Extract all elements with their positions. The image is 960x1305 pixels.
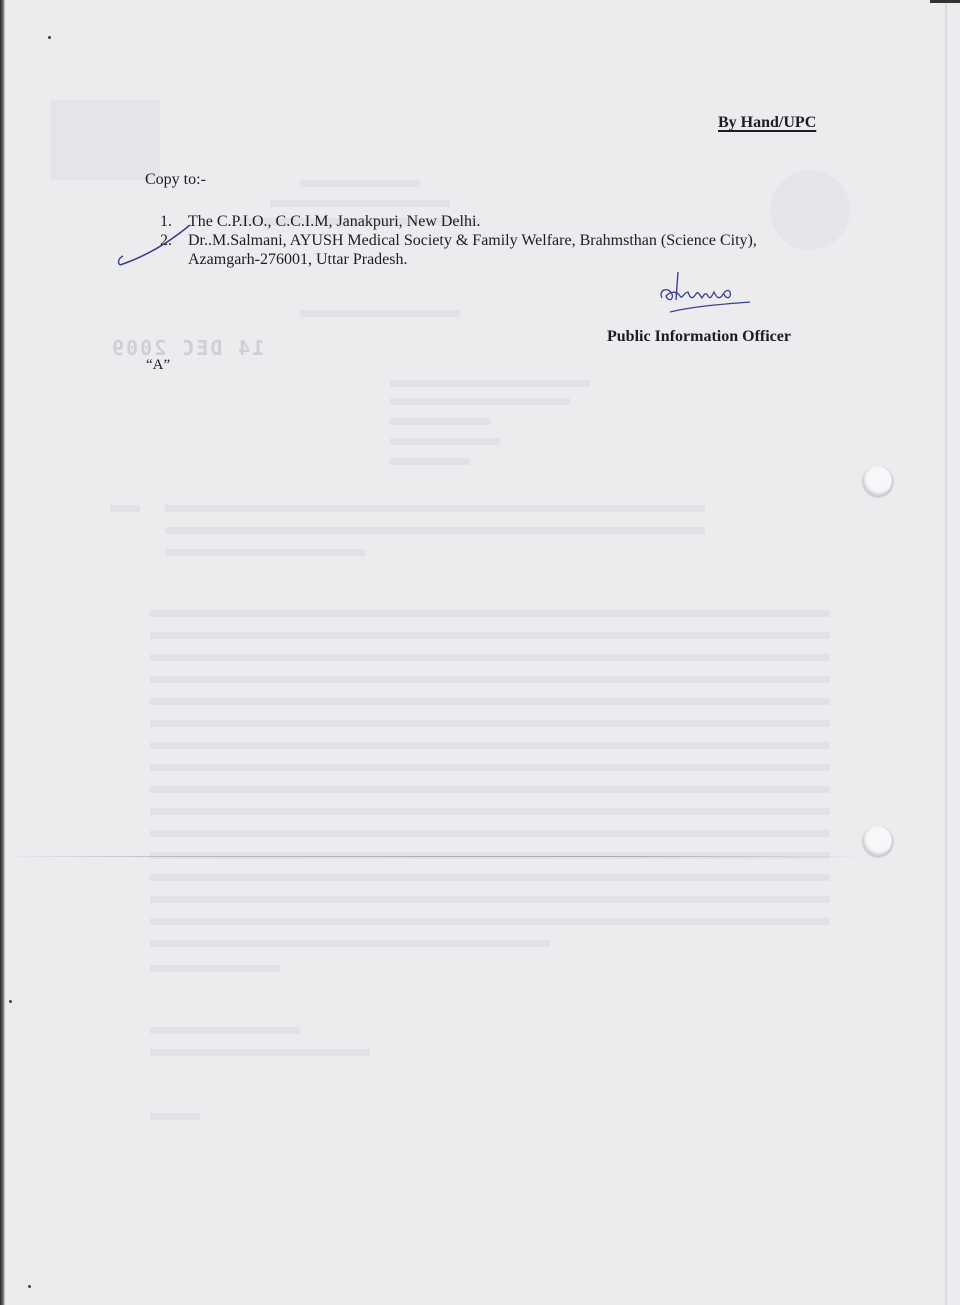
page-fold-line bbox=[945, 0, 947, 1305]
copy-to-item: 2. Dr..M.Salmani, AYUSH Medical Society … bbox=[160, 231, 788, 269]
fold-crease bbox=[0, 856, 870, 857]
delivery-mode-heading: By Hand/UPC bbox=[718, 114, 816, 132]
scan-speck bbox=[48, 36, 51, 39]
punch-hole-top bbox=[862, 466, 892, 496]
handwritten-tick-mark bbox=[115, 220, 195, 270]
scan-edge-top bbox=[930, 0, 960, 3]
signature bbox=[650, 270, 760, 320]
copy-to-item: 1. The C.P.I.O., C.C.I.M, Janakpuri, New… bbox=[160, 212, 788, 231]
punch-hole-bottom bbox=[862, 826, 892, 856]
scan-speck bbox=[9, 1000, 12, 1003]
scan-speck bbox=[28, 1285, 31, 1288]
copy-to-list: 1. The C.P.I.O., C.C.I.M, Janakpuri, New… bbox=[160, 212, 788, 269]
copy-to-item-text: The C.P.I.O., C.C.I.M, Janakpuri, New De… bbox=[188, 213, 480, 230]
copy-to-item-text: Dr..M.Salmani, AYUSH Medical Society & F… bbox=[188, 232, 757, 268]
copy-to-label: Copy to:- bbox=[145, 171, 206, 189]
signatory-designation: Public Information Officer bbox=[607, 328, 791, 346]
scan-edge bbox=[0, 0, 5, 1305]
annexure-label: “A” bbox=[146, 357, 170, 374]
bleed-through-date-stamp: 14 DEC 2009 bbox=[110, 336, 264, 360]
